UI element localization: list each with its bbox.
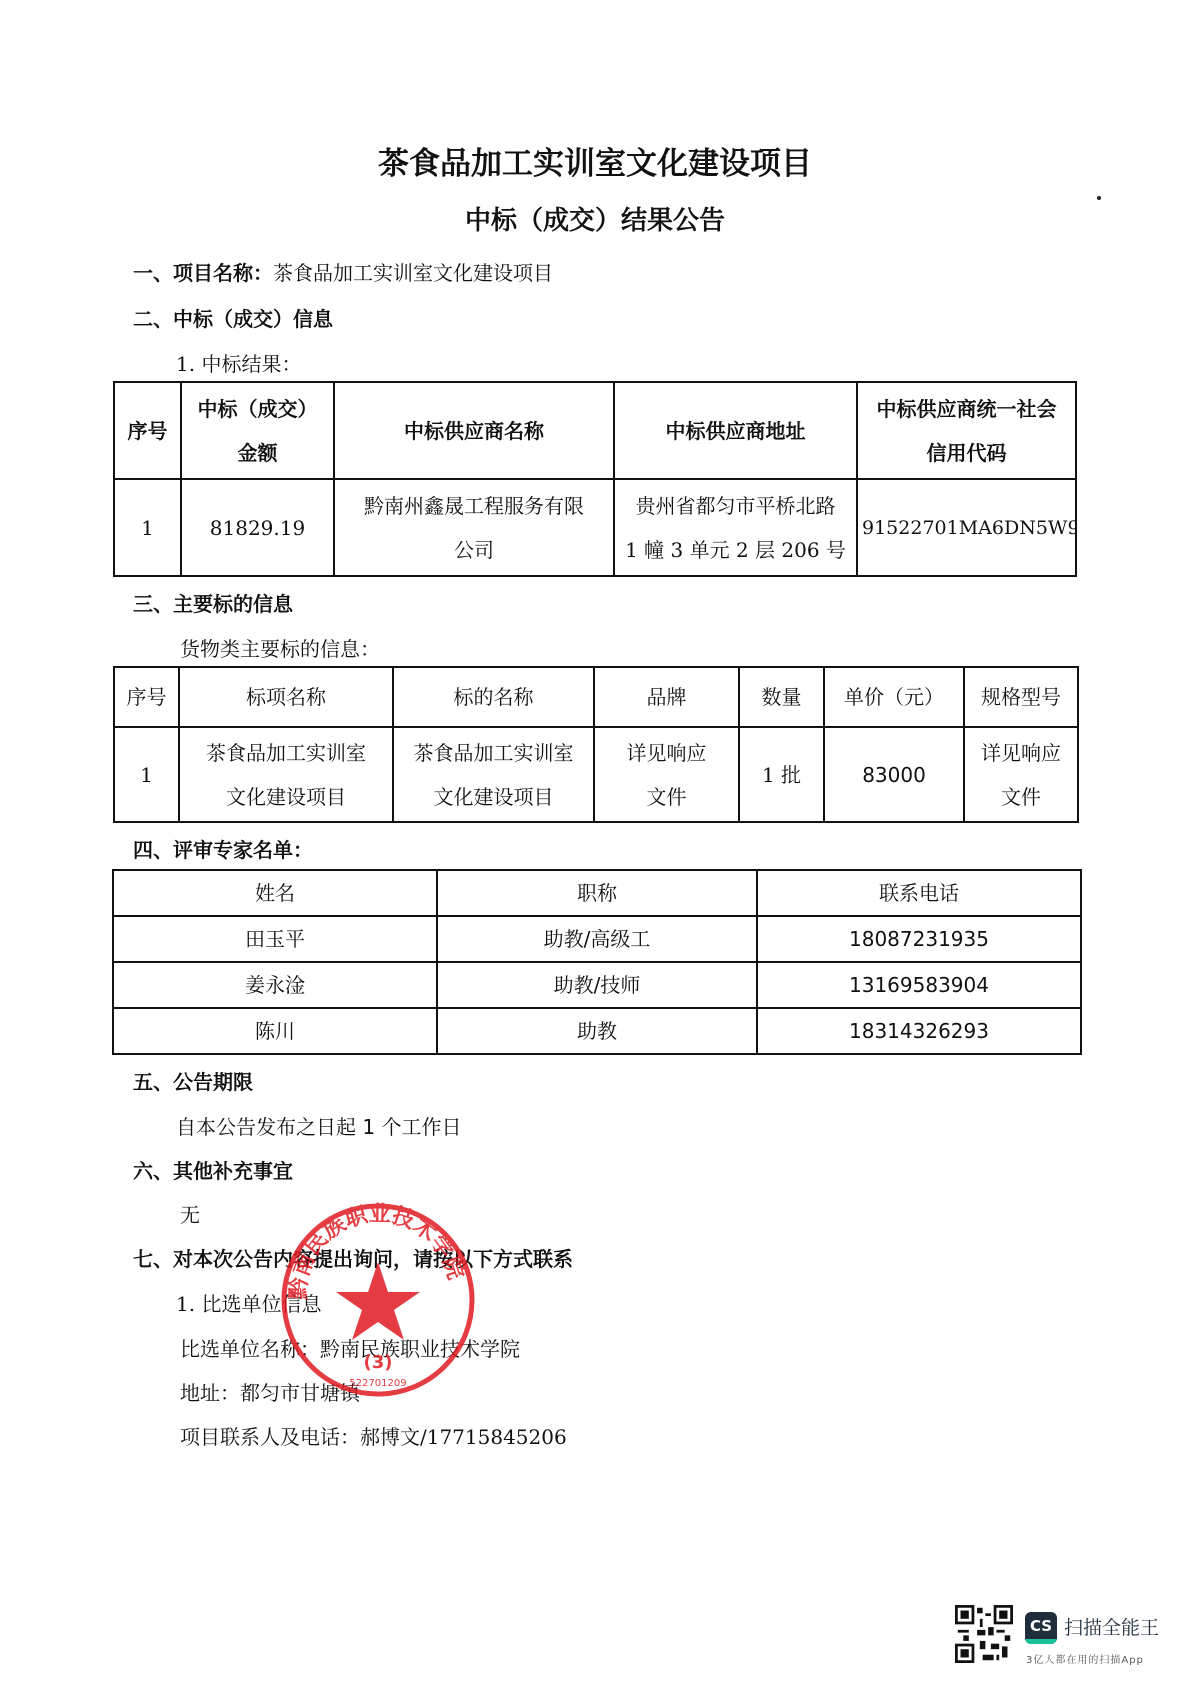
- table-row: 1 81829.19 黔南州鑫晟工程服务有限公司 贵州省都匀市平桥北路1 幢 3…: [114, 479, 1076, 576]
- header-item-name: 标项名称: [179, 667, 393, 727]
- svg-text:(3): (3): [364, 1352, 393, 1373]
- table-row: 陈川 助教 18314326293: [113, 1008, 1081, 1054]
- award-result-table: 序号 中标（成交）金额 中标供应商名称 中标供应商地址 中标供应商统一社会信用代…: [113, 381, 1077, 577]
- header-credit-code: 中标供应商统一社会信用代码: [857, 382, 1076, 479]
- header-supplier-address: 中标供应商地址: [614, 382, 857, 479]
- cell-title: 助教/高级工: [437, 916, 757, 962]
- contact-line: 项目联系人及电话：郝博文/17715845206: [180, 1421, 567, 1450]
- header-amount: 中标（成交）金额: [181, 382, 334, 479]
- table-header-row: 序号 标项名称 标的名称 品牌 数量 单价（元） 规格型号: [114, 667, 1078, 727]
- section-heading: 五、公告期限: [133, 1066, 253, 1095]
- cell-credit-code: 91522701MA6DN5W96U: [857, 479, 1076, 576]
- cell-index: 1: [114, 727, 179, 822]
- cell-amount: 81829.19: [181, 479, 334, 576]
- table-header-row: 序号 中标（成交）金额 中标供应商名称 中标供应商地址 中标供应商统一社会信用代…: [114, 382, 1076, 479]
- cell-unit-price: 83000: [824, 727, 964, 822]
- table-row: 姜永淦 助教/技师 13169583904: [113, 962, 1081, 1008]
- cell-brand: 详见响应文件: [594, 727, 739, 822]
- section-heading: 一、项目名称：: [133, 261, 273, 285]
- header-unit-price: 单价（元）: [824, 667, 964, 727]
- cell-supplier-address: 贵州省都匀市平桥北路1 幢 3 单元 2 层 206 号: [614, 479, 857, 576]
- cell-name: 田玉平: [113, 916, 437, 962]
- cell-name: 陈川: [113, 1008, 437, 1054]
- scan-speck: [1097, 196, 1101, 200]
- cell-supplier-name: 黔南州鑫晟工程服务有限公司: [334, 479, 614, 576]
- watermark-tagline: 3亿人都在用的扫描App: [1026, 1651, 1144, 1666]
- section-heading: 二、中标（成交）信息: [133, 303, 333, 332]
- section-heading: 四、评审专家名单：: [133, 834, 313, 863]
- project-name-value: 茶食品加工实训室文化建设项目: [273, 261, 553, 285]
- cell-phone: 13169583904: [757, 962, 1081, 1008]
- header-phone: 联系电话: [757, 870, 1081, 916]
- cell-title: 助教/技师: [437, 962, 757, 1008]
- section-project-name: 一、项目名称：茶食品加工实训室文化建设项目: [133, 257, 553, 286]
- document-subtitle: 中标（成交）结果公告: [0, 200, 1190, 237]
- qr-code-icon: [955, 1605, 1013, 1663]
- cell-title: 助教: [437, 1008, 757, 1054]
- svg-text:522701209: 522701209: [349, 1378, 406, 1389]
- header-quantity: 数量: [739, 667, 824, 727]
- table-header-row: 姓名 职称 联系电话: [113, 870, 1081, 916]
- cell-quantity: 1 批: [739, 727, 824, 822]
- expert-table: 姓名 职称 联系电话 田玉平 助教/高级工 18087231935 姜永淦 助教…: [112, 869, 1082, 1055]
- section-heading: 三、主要标的信息: [133, 588, 293, 617]
- cell-spec: 详见响应文件: [964, 727, 1078, 822]
- cell-index: 1: [114, 479, 181, 576]
- main-items-table: 序号 标项名称 标的名称 品牌 数量 单价（元） 规格型号 1 茶食品加工实训室…: [113, 666, 1079, 823]
- header-index: 序号: [114, 382, 181, 479]
- header-index: 序号: [114, 667, 179, 727]
- cell-subject-name: 茶食品加工实训室文化建设项目: [393, 727, 594, 822]
- header-supplier-name: 中标供应商名称: [334, 382, 614, 479]
- camscanner-logo-icon: CS: [1025, 1612, 1057, 1644]
- cell-name: 姜永淦: [113, 962, 437, 1008]
- header-subject-name: 标的名称: [393, 667, 594, 727]
- subsection-label: 1. 中标结果：: [176, 348, 301, 377]
- header-title: 职称: [437, 870, 757, 916]
- watermark-app-name: 扫描全能王: [1064, 1613, 1159, 1640]
- header-spec: 规格型号: [964, 667, 1078, 727]
- header-name: 姓名: [113, 870, 437, 916]
- cell-phone: 18314326293: [757, 1008, 1081, 1054]
- cell-item-name: 茶食品加工实训室文化建设项目: [179, 727, 393, 822]
- notice-period-text: 自本公告发布之日起 1 个工作日: [176, 1111, 461, 1140]
- table-row: 1 茶食品加工实训室文化建设项目 茶食品加工实训室文化建设项目 详见响应文件 1…: [114, 727, 1078, 822]
- supplementary-text: 无: [180, 1199, 200, 1228]
- header-brand: 品牌: [594, 667, 739, 727]
- document-title: 茶食品加工实训室文化建设项目: [0, 138, 1190, 183]
- table-row: 田玉平 助教/高级工 18087231935: [113, 916, 1081, 962]
- official-seal-icon: 黔南民族职业技术学院 (3) 522701209: [278, 1200, 478, 1400]
- subsection-label: 货物类主要标的信息：: [180, 633, 380, 662]
- cell-phone: 18087231935: [757, 916, 1081, 962]
- section-heading: 六、其他补充事宜: [133, 1155, 293, 1184]
